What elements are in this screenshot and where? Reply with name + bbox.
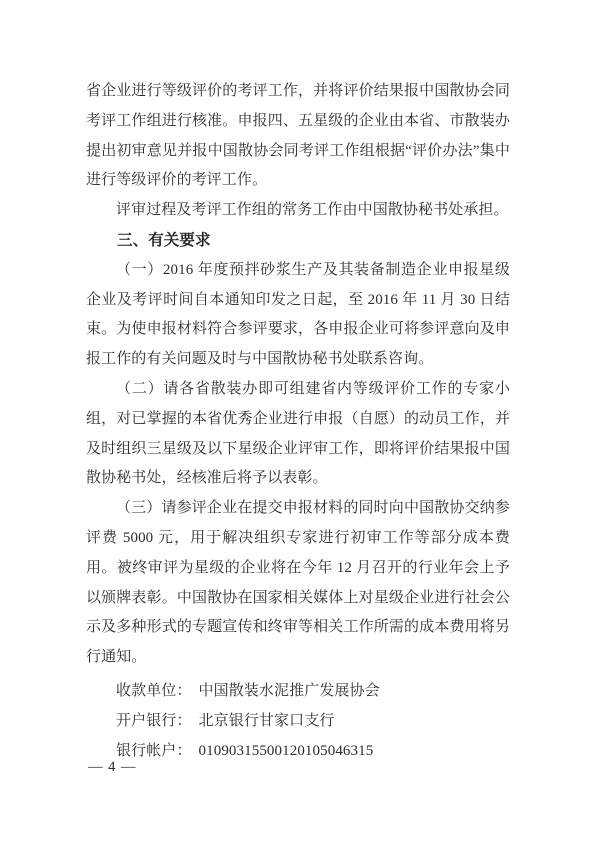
bank-value: 北京银行甘家口支行 (199, 713, 335, 729)
payee-line: 收款单位：中国散装水泥推广发展协会 (86, 677, 510, 707)
paragraph-secretariat: 评审过程及考评工作组的常务工作由中国散协秘书处承担。 (86, 196, 510, 226)
bank-label: 开户银行： (116, 713, 192, 729)
payee-label: 收款单位： (116, 683, 192, 699)
bank-line: 开户银行：北京银行甘家口支行 (86, 707, 510, 737)
payee-value: 中国散装水泥推广发展协会 (199, 683, 380, 699)
section-heading-requirements: 三、有关要求 (86, 226, 510, 256)
document-page: 省企业进行等级评价的考评工作，并将评价结果报中国散协会同考评工作组进行核准。申报… (0, 0, 600, 849)
account-line: 银行帐户：01090315500120105046315 (86, 737, 510, 767)
payment-info-block: 收款单位：中国散装水泥推广发展协会 开户银行：北京银行甘家口支行 银行帐户：01… (86, 677, 510, 766)
account-value: 01090315500120105046315 (199, 743, 374, 759)
requirement-item-one: （一）2016 年度预拌砂浆生产及其装备制造企业申报星级企业及考评时间自本通知印… (86, 256, 510, 375)
page-number: — 4 — (88, 757, 137, 777)
document-body: 省企业进行等级评价的考评工作，并将评价结果报中国散协会同考评工作组进行核准。申报… (86, 77, 510, 766)
requirement-item-two: （二）请各省散装办即可组建省内等级评价工作的专家小组，对已掌握的本省优秀企业进行… (86, 375, 510, 494)
paragraph-continuation: 省企业进行等级评价的考评工作，并将评价结果报中国散协会同考评工作组进行核准。申报… (86, 77, 510, 196)
requirement-item-three: （三）请参评企业在提交申报材料的同时向中国散协交纳参评费 5000 元，用于解决… (86, 494, 510, 673)
